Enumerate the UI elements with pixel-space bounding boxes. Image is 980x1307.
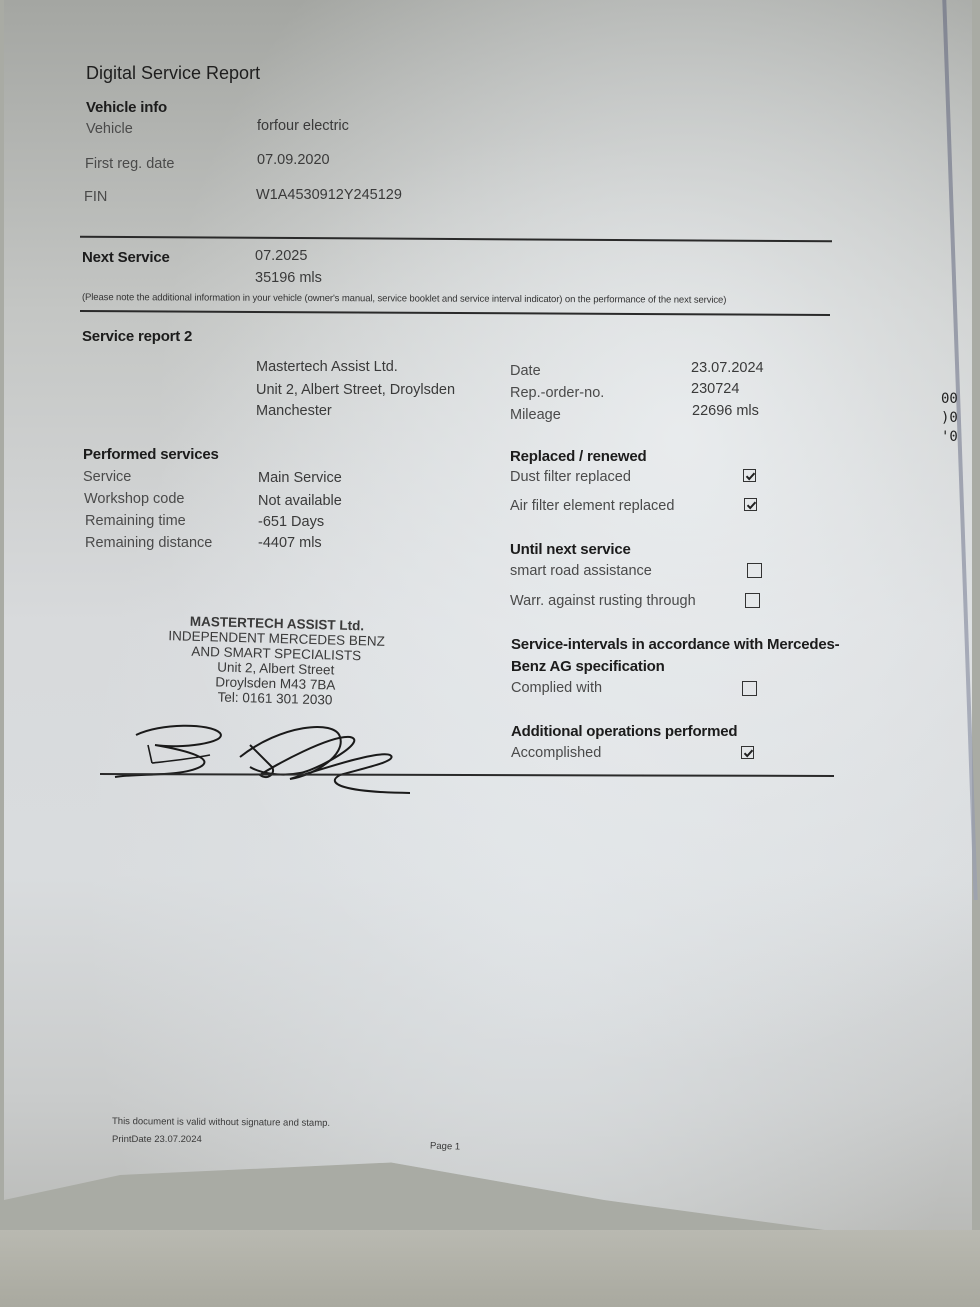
fin-value: W1A4530912Y245129: [256, 187, 402, 203]
rep-order-label: Rep.-order-no.: [510, 385, 604, 401]
report-date-label: Date: [510, 363, 541, 379]
report-date-value: 23.07.2024: [691, 360, 764, 376]
mileage-value: 22696 mls: [692, 403, 759, 419]
paper-sheet: [4, 0, 972, 1250]
remaining-distance-value: -4407 mls: [258, 535, 322, 551]
air-filter-checkbox[interactable]: [744, 498, 757, 511]
document-title: Digital Service Report: [86, 63, 260, 84]
mileage-label: Mileage: [510, 407, 561, 423]
air-filter-label: Air filter element replaced: [510, 498, 674, 514]
background-surface: [0, 1230, 980, 1307]
service-intervals-heading-line2: Benz AG specification: [511, 658, 665, 675]
underlying-page-fragment: 00 )0 '0: [941, 390, 958, 447]
fragment-line: 00: [941, 390, 958, 409]
accomplished-checkbox[interactable]: [741, 746, 754, 759]
service-intervals-heading-line1: Service-intervals in accordance with Mer…: [511, 636, 839, 653]
workshop-code-value: Not available: [258, 493, 342, 509]
checkmark-icon: [744, 470, 757, 483]
workshop-street: Unit 2, Albert Street, Droylsden: [256, 382, 455, 398]
workshop-code-label: Workshop code: [84, 491, 184, 507]
first-reg-date-label: First reg. date: [85, 156, 174, 172]
print-date: PrintDate 23.07.2024: [112, 1134, 202, 1145]
performed-services-heading: Performed services: [83, 446, 219, 463]
until-next-service-heading: Until next service: [510, 541, 631, 558]
next-service-heading: Next Service: [82, 249, 170, 266]
checkmark-icon: [745, 499, 758, 512]
checkmark-icon: [742, 747, 755, 760]
fragment-line: '0: [941, 428, 958, 447]
next-service-mileage: 35196 mls: [255, 270, 322, 286]
road-assistance-checkbox[interactable]: [747, 563, 762, 578]
vehicle-value: forfour electric: [257, 118, 349, 134]
vehicle-info-heading: Vehicle info: [86, 99, 167, 116]
replaced-renewed-heading: Replaced / renewed: [510, 448, 646, 465]
fragment-line: )0: [941, 409, 958, 428]
workshop-name: Mastertech Assist Ltd.: [256, 359, 398, 375]
remaining-time-value: -651 Days: [258, 514, 324, 530]
road-assistance-label: smart road assistance: [510, 563, 652, 579]
dust-filter-checkbox[interactable]: [743, 469, 756, 482]
rust-warranty-label: Warr. against rusting through: [510, 593, 696, 609]
service-label: Service: [83, 469, 131, 485]
rust-warranty-checkbox[interactable]: [745, 593, 760, 608]
dust-filter-label: Dust filter replaced: [510, 469, 631, 485]
remaining-time-label: Remaining time: [85, 513, 186, 529]
signature-icon: [100, 715, 410, 800]
service-report-heading: Service report 2: [82, 328, 192, 345]
workshop-stamp: MASTERTECH ASSIST Ltd. INDEPENDENT MERCE…: [159, 613, 393, 709]
rep-order-value: 230724: [691, 381, 739, 397]
first-reg-date-value: 07.09.2020: [257, 152, 330, 168]
remaining-distance-label: Remaining distance: [85, 535, 212, 551]
vehicle-label: Vehicle: [86, 121, 133, 137]
workshop-city: Manchester: [256, 403, 332, 419]
complied-with-checkbox[interactable]: [742, 681, 757, 696]
page-number: Page 1: [430, 1140, 460, 1152]
next-service-date: 07.2025: [255, 248, 307, 264]
accomplished-label: Accomplished: [511, 745, 601, 761]
service-value: Main Service: [258, 470, 342, 486]
additional-operations-heading: Additional operations performed: [511, 723, 737, 740]
validity-note: This document is valid without signature…: [112, 1116, 330, 1129]
complied-with-label: Complied with: [511, 680, 602, 696]
fin-label: FIN: [84, 189, 107, 205]
